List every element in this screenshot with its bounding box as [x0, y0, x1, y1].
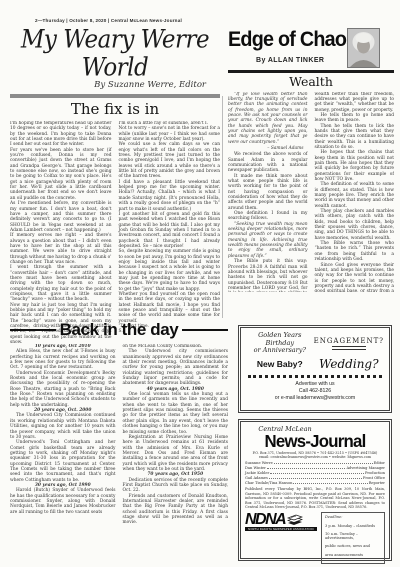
article-column-1: I'm hoping the temperatures head up anot… [10, 121, 112, 343]
masthead-address-line: P.O. Box 371, Underwood, ND 58576 • 701-… [253, 451, 378, 455]
section-column-2: on the McLean County Commission.The Unde… [123, 344, 229, 549]
paragraph: I got another bit of green and gold fix … [119, 212, 221, 249]
article-columns: I'm hoping the temperatures head up anot… [10, 121, 220, 343]
paragraph: area announcements [325, 553, 381, 558]
paragraph: For years we've been able to store her (… [10, 148, 112, 201]
page-folio: 2—Thursday | October 8, 2020 | Central M… [35, 18, 182, 23]
article-subhead: The fix is in [10, 100, 220, 118]
columnist-photo-image [348, 29, 379, 67]
paragraph: I did have a pleasant little weekend tha… [119, 180, 221, 212]
newspaper-page: 2—Thursday | October 8, 2020 | Central M… [0, 0, 400, 567]
masthead-address: P.O. Box 371, Underwood, ND 58576 • 701-… [245, 451, 385, 460]
masthead-publish-info: Published every Thursday by BHG, Inc., P… [245, 487, 385, 509]
ad-golden-years: Golden Years Birthday or Anniversary? [246, 332, 314, 355]
paragraph: – Samuel Adams [228, 146, 308, 151]
header-rule-left [10, 329, 56, 332]
paragraph: Registration at Prairieview Nursing Home… [123, 435, 229, 472]
newspaper-stack-icon [287, 513, 303, 526]
paragraph: The Bible puts it this way: Proverbs 28:… [228, 259, 308, 291]
dotted-leader [269, 478, 362, 479]
article-my-weary-werre-world: My Weary Werre World By Suzanne Werre, E… [10, 26, 220, 343]
columnist-photo [347, 28, 380, 68]
ad-golden-line2: or Anniversary? [254, 346, 306, 354]
paragraph: I went through the summer with a “conver… [10, 265, 112, 302]
paragraph: He tells them to go home and leave them … [315, 113, 395, 124]
dotted-leader [274, 463, 373, 464]
ad-golden-line1: Golden Years Birthday [258, 331, 301, 347]
paragraph: Harold (Butch) Snyder of Underwood feels… [10, 488, 116, 515]
divider-rule [10, 94, 220, 98]
paragraph: Underwood's Toni Cottingham and her Come… [10, 440, 116, 483]
dotted-divider [248, 375, 382, 378]
ad-new-baby: New Baby? [246, 359, 314, 369]
ad-wedding: Wedding? [314, 357, 384, 371]
staff-row: Char Tisdale/Tina HansonReporter [245, 481, 385, 486]
paragraph: It made me think more about what some pe… [228, 174, 308, 211]
dotted-leader [270, 473, 364, 474]
masthead-staff-list: Suzanne WerreEditorDan WinterAdvertising… [245, 461, 385, 485]
paragraph: Not to worry – snow's not in the forecas… [119, 126, 221, 142]
header-rule-right [182, 329, 228, 332]
paragraph: If memory serves me right – and there's … [10, 233, 112, 265]
paragraph: Allen Hess, the new chef at T-Bones is b… [10, 349, 116, 370]
paragraph: public notices, news and [325, 544, 381, 549]
paragraph: Dedication services of the recently comp… [123, 478, 229, 494]
paragraph: The Bible warns those who “hasten to be … [315, 241, 395, 262]
paragraph: 10 a.m. Tuesday – advertisements, [325, 532, 381, 541]
paragraph: So, despite knowing my summer ride is go… [119, 249, 221, 292]
ndna-tagline: North Dakota Newspaper Association [245, 527, 317, 531]
advertising-promo-box: Golden Years Birthday or Anniversary? En… [238, 325, 392, 413]
paragraph: He hopes that the chains that keep them … [315, 150, 395, 182]
divider-rule [228, 70, 394, 73]
staff-name: Char Tisdale/Tina Hanson [245, 481, 292, 486]
ndna-logo: NDNA North Dakota Newspaper Association [245, 512, 317, 531]
article-title: My Weary Werre World [10, 26, 220, 82]
masthead-bottom-row: NDNA North Dakota Newspaper Association … [245, 512, 385, 564]
ad-email: or e-mail leadernews@westriv.com [275, 395, 355, 401]
paragraph: Underwood Economic Development's Becky R… [10, 371, 116, 408]
dotted-leader [293, 483, 367, 484]
article-column-2: I'm such a little ray of sunshine, aren'… [119, 121, 221, 343]
paragraph: Since God gives everyone their talent, a… [315, 263, 395, 292]
ad-occasions: Golden Years Birthday or Anniversary? En… [246, 332, 384, 371]
ad-contact-info: Advertise with us Call 462-8126 or e-mai… [246, 381, 384, 402]
article-columns: “If ye love wealth better than liberty, … [228, 92, 394, 292]
paragraph: Friends and customers of Donald Knudtson… [123, 494, 229, 526]
paragraph: The Underwood City Commission continued … [10, 413, 116, 440]
section-back-in-the-day: Back in the day 10 years ago, Oct 2010Al… [10, 320, 228, 549]
article-subhead: Wealth [228, 74, 394, 89]
staff-role: Reporter [369, 481, 385, 486]
article-edge-of-chaos: Edge of Chaos By ALLAN TINKER Wealth “If… [228, 26, 394, 292]
paragraph: We could use a few calm days so we can e… [119, 142, 221, 179]
deadline-box: Deadline: 3 p.m. Monday – classifieds10 … [321, 512, 385, 564]
paragraph: I'm hoping the temperatures head up anot… [10, 121, 112, 148]
ad-advertise-line: Advertise with us [295, 381, 334, 387]
paragraph: The Underwood city commissioners unanimo… [123, 349, 229, 386]
paragraph: As I've mentioned before, my convertible… [10, 201, 112, 233]
paragraph: wealth better than their freedom, addres… [315, 92, 395, 113]
masthead-box: Central McLean News-Journal P.O. Box 371… [238, 419, 392, 561]
paragraph: They play checkers and marbles with othe… [315, 209, 395, 241]
masthead-brand-name: News-Journal [248, 433, 382, 449]
section-header: Back in the day [10, 320, 228, 340]
column-divider-rule [222, 96, 223, 318]
paragraph: We received the above words of Samuel Ad… [228, 152, 308, 173]
article-column-2: wealth better than their freedom, addres… [315, 92, 395, 292]
section-columns: 10 years ago, Oct 2010Allen Hess, the ne… [10, 344, 228, 549]
article-column-1: “If ye love wealth better than liberty, … [228, 92, 308, 292]
deadline-title: Deadline: [325, 515, 342, 519]
paragraph: “Seeking true wealth may mean seeking de… [228, 222, 308, 259]
ad-phone: Call 462-8126 [299, 388, 331, 394]
dotted-leader [267, 468, 346, 469]
paragraph: One definition I found in my searching f… [228, 211, 308, 222]
ad-engagement: Engagement? [314, 337, 384, 351]
section-column-1: 10 years ago, Oct 2010Allen Hess, the ne… [10, 344, 116, 549]
section-title: Back in the day [60, 320, 179, 340]
paragraph: “If ye love wealth better than liberty, … [228, 92, 308, 145]
paragraph: 3 p.m. Monday – classifieds [325, 524, 381, 529]
deadline-lines: 3 p.m. Monday – classifieds10 a.m. Tuesd… [325, 524, 381, 558]
ndna-letters: NDNA [245, 512, 285, 527]
paragraph: Then he tells them to lick the hands tha… [315, 124, 395, 151]
paragraph: The definition of wealth to some is diff… [315, 182, 395, 209]
ndna-acronym: NDNA [245, 512, 317, 527]
masthead-contact-line: email: centralmcleannews@westriv.com • w… [259, 455, 371, 459]
